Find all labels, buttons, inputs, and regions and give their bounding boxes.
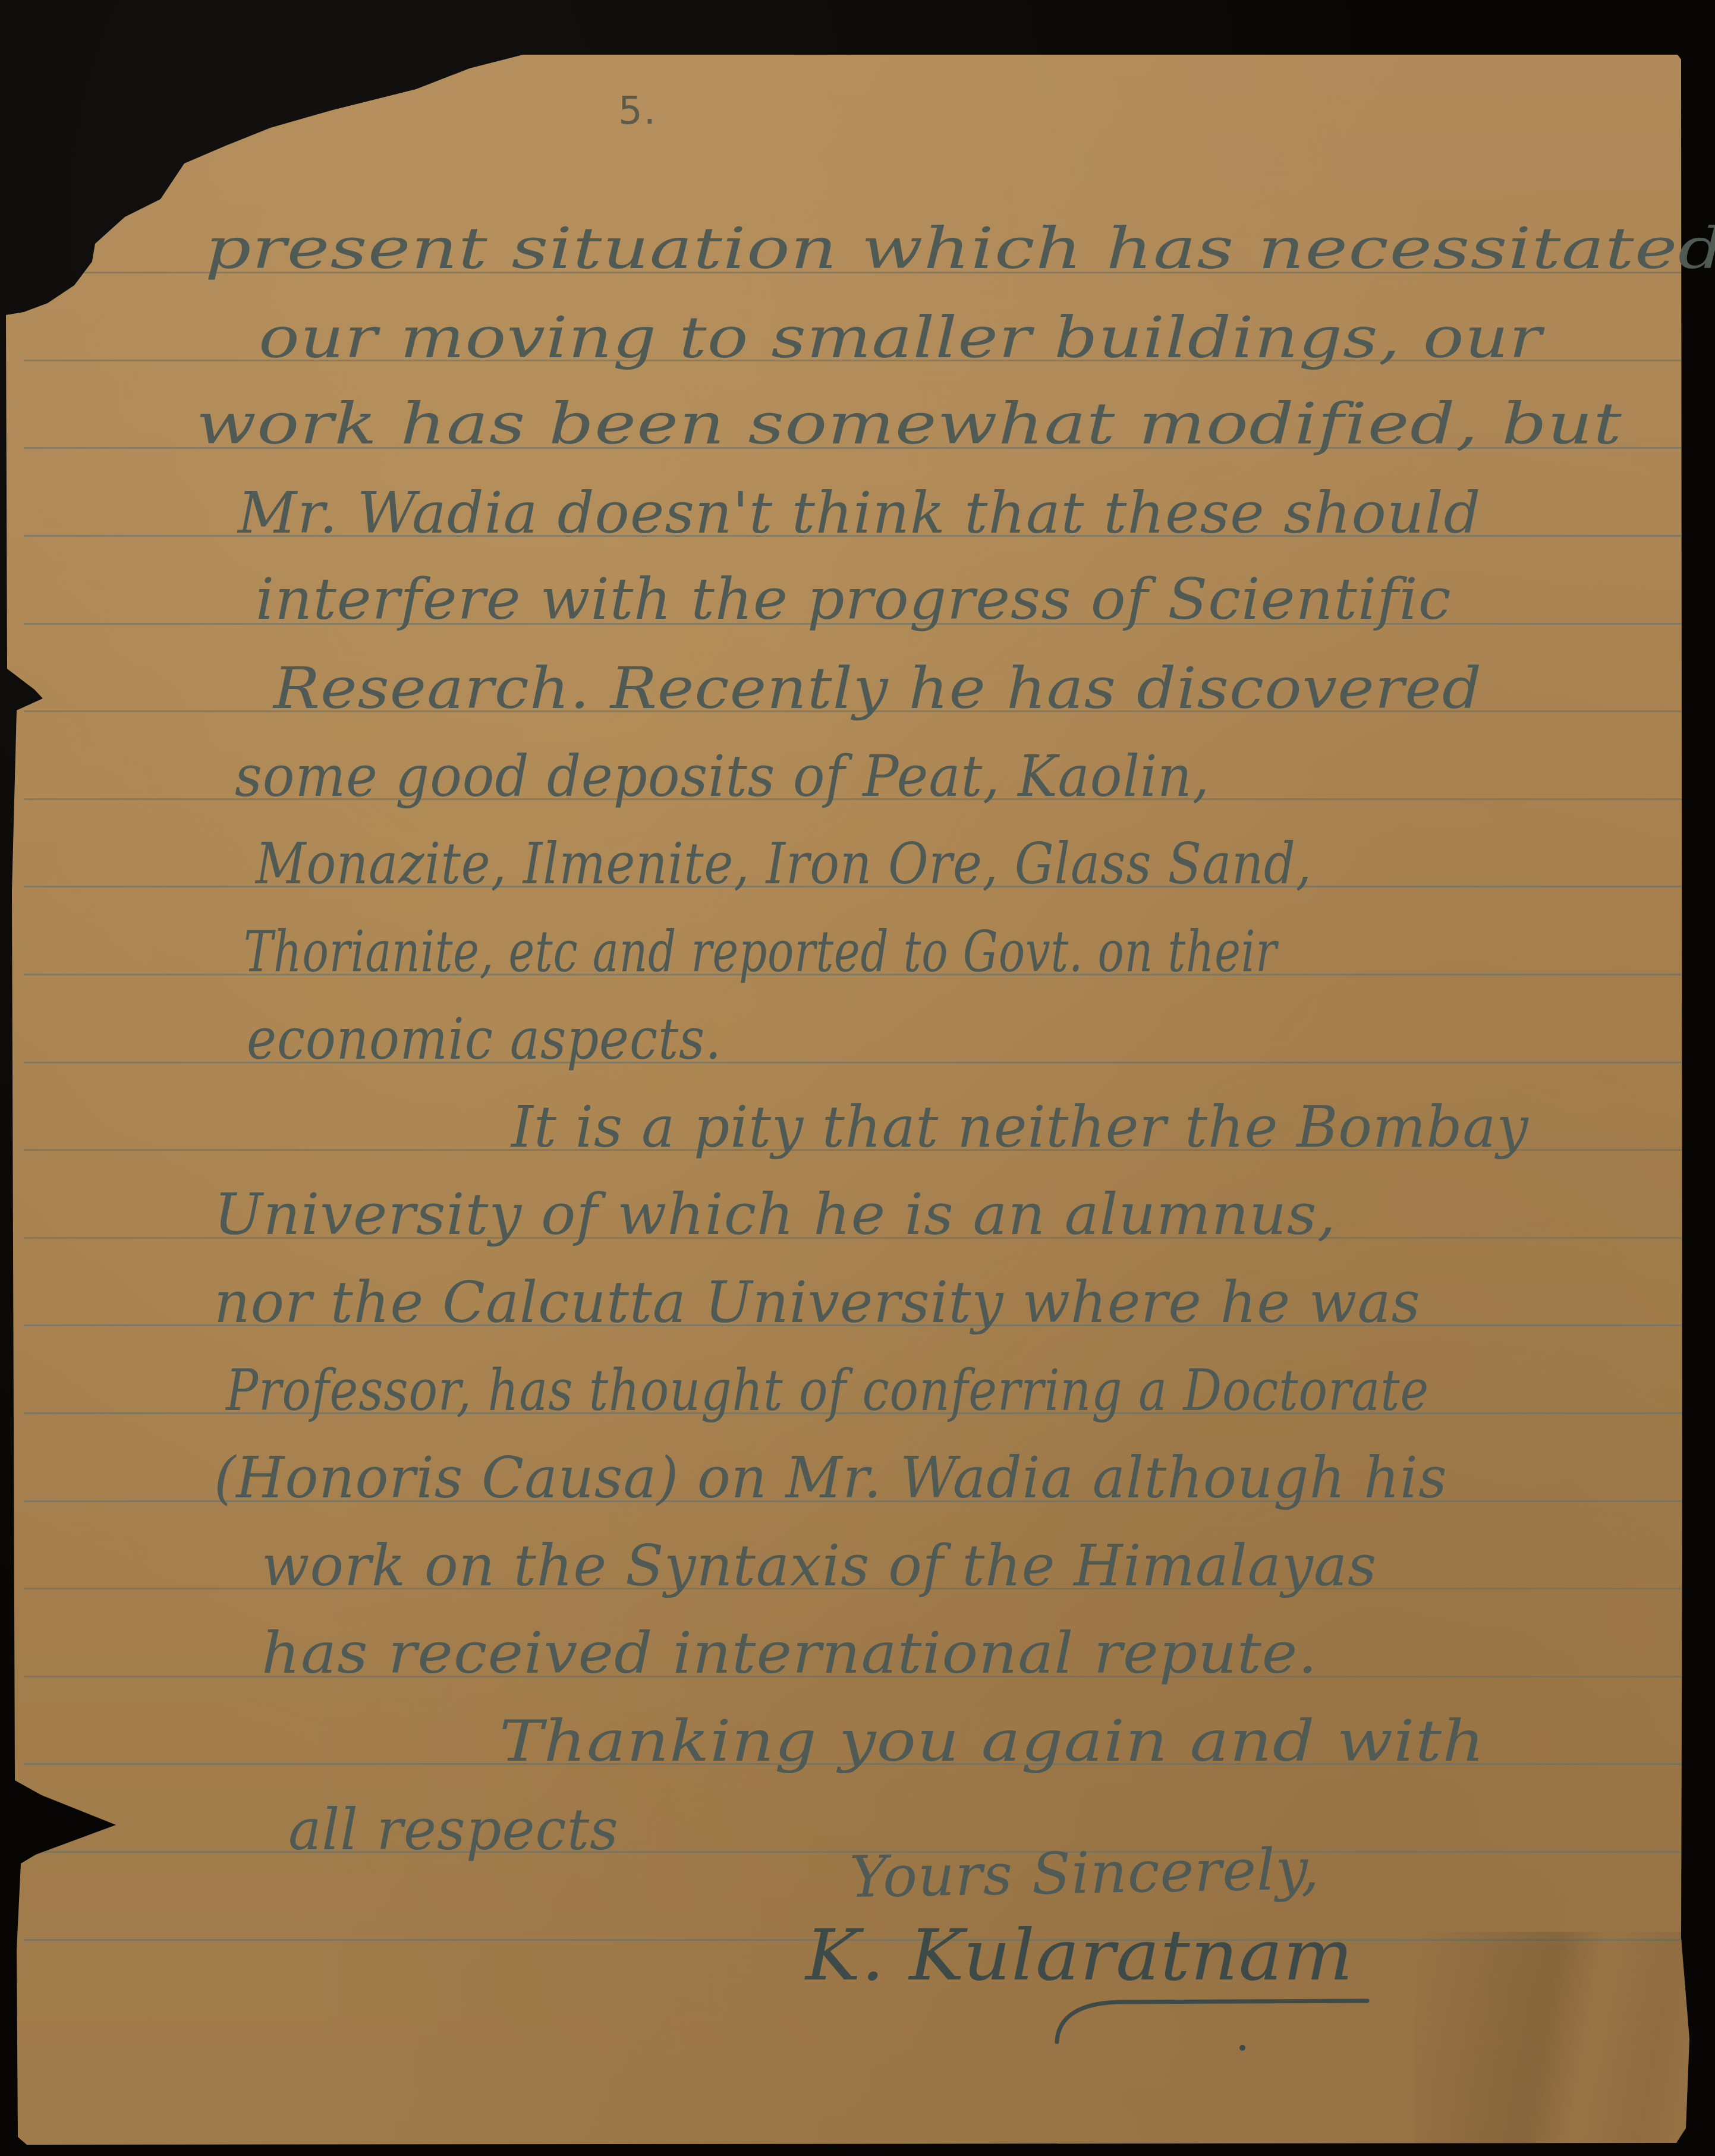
signature: K. Kularatnam (805, 1920, 1354, 1990)
letter-line: It is a pity that neither the Bombay (511, 1099, 1529, 1156)
letter-line: economic aspects. (247, 1011, 722, 1068)
letter-line: all respects (288, 1801, 619, 1858)
letter-line: University of which he is an alumnus, (214, 1186, 1336, 1243)
letter-line: (Honoris Causa) on Mr. Wadia although hi… (214, 1449, 1447, 1506)
letter-line: Mr. Wadia doesn't think that these shoul… (238, 484, 1481, 542)
letter-line: Thanking you again and with (499, 1713, 1486, 1770)
letter-line: Monazite, Ilmenite, Iron Ore, Glass Sand… (256, 835, 1312, 892)
signature-flourish (1046, 1985, 1379, 2057)
letter-line: interfere with the progress of Scientifi… (256, 571, 1452, 628)
letter-line: some good deposits of Peat, Kaolin, (235, 748, 1210, 805)
letter-line: Research. Recently he has discovered (273, 660, 1482, 717)
letter-line: has received international repute. (262, 1625, 1318, 1682)
letter-line: nor the Calcutta University where he was (214, 1274, 1421, 1331)
letter-line: work on the Syntaxis of the Himalayas (262, 1537, 1377, 1594)
page-number: 5. (618, 89, 657, 133)
letter-line: present situation which has necessitated (205, 220, 1715, 277)
letter-line: Thorianite, etc and reported to Govt. on… (244, 923, 1277, 980)
paper-crease (1415, 1932, 1700, 2146)
letter-line: work has been somewhat modified, but (196, 395, 1622, 452)
letter-line: our moving to smaller buildings, our (259, 309, 1542, 366)
letter-line: Professor, has thought of conferring a D… (226, 1362, 1429, 1419)
letter-closing: Yours Sincerely, (849, 1840, 1320, 1906)
